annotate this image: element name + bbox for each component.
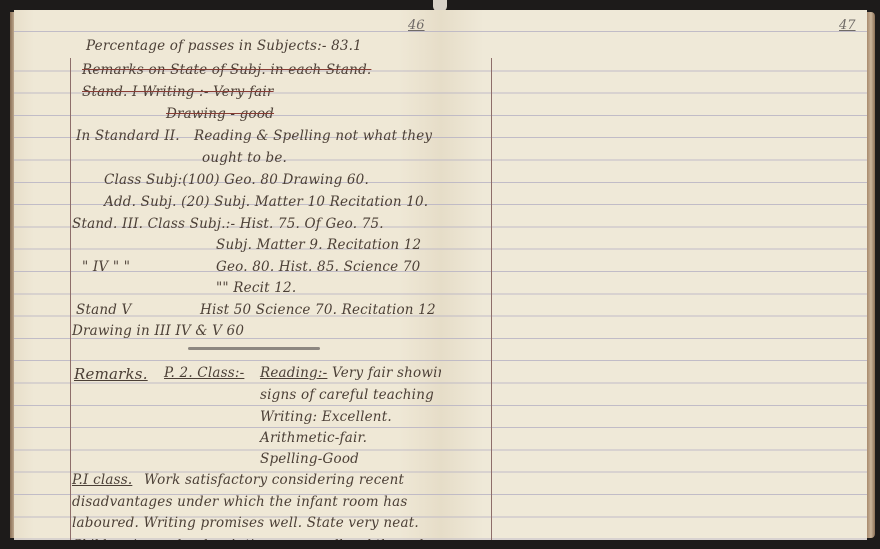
handwriting-line: Class Subj:(100) Geo. 80 Drawing 60. (104, 172, 369, 188)
handwriting-line: Subj. Matter 9. Recitation 12 (216, 237, 421, 253)
handwriting-line-struck: Stand. I Writing :- Very fair (82, 84, 274, 100)
handwriting-line: Reading & Spelling not what they (194, 128, 432, 144)
subject-heading: Reading:- (260, 365, 327, 381)
book-right-edge (867, 12, 875, 538)
margin-rule (70, 58, 71, 540)
remarks-heading: Remarks. (74, 365, 148, 383)
handwriting-line: Very fair showing (332, 365, 442, 381)
handwriting-line: Stand V (76, 302, 132, 318)
class-heading: P. 2. Class:- (164, 365, 244, 381)
handwriting-line: " IV " " (82, 259, 130, 275)
handwriting-line: Work satisfactory considering recent (144, 472, 404, 488)
handwriting-line: Arithmetic-fair. (260, 430, 367, 446)
handwriting-line: Children in good order. Action songs wel… (72, 536, 431, 540)
handwriting-line-struck: Drawing - good (166, 106, 274, 122)
handwriting-line: Stand. III. Class Subj.:- Hist. 75. Of G… (72, 216, 384, 232)
handwriting-line: disadvantages under which the infant roo… (72, 494, 408, 510)
section-divider (188, 347, 320, 350)
handwriting-line: Geo. 80. Hist. 85. Science 70 (216, 259, 420, 275)
handwriting-line-struck: Remarks on State of Subj. in each Stand. (82, 62, 371, 78)
handwriting-line: "" Recit 12. (216, 280, 296, 296)
class-heading: P.I class. (72, 472, 132, 488)
handwriting-line: signs of careful teaching (260, 387, 434, 403)
handwriting-line: Writing: Excellent. (260, 409, 392, 425)
handwriting-line: ought to be. (202, 150, 287, 166)
handwriting-line: Add. Subj. (20) Subj. Matter 10 Recitati… (104, 194, 428, 210)
page-number-right: 47 (839, 18, 856, 33)
left-page: 46 Percentage of passes in Subjects:- 83… (14, 10, 442, 540)
handwriting-line: Hist 50 Science 70. Recitation 12 (200, 302, 436, 318)
handwriting-line: In Standard II. (76, 128, 180, 144)
handwriting-line: Spelling-Good (260, 451, 359, 467)
ruled-lines (441, 10, 867, 540)
handwriting-line: laboured. Writing promises well. State v… (72, 515, 419, 531)
right-page: 47 (441, 10, 867, 540)
margin-rule (491, 58, 492, 540)
page-number-left: 46 (408, 18, 425, 33)
handwriting-line: Drawing in III IV & V 60 (72, 323, 244, 339)
handwriting-line: Percentage of passes in Subjects:- 83.1 (86, 38, 362, 54)
